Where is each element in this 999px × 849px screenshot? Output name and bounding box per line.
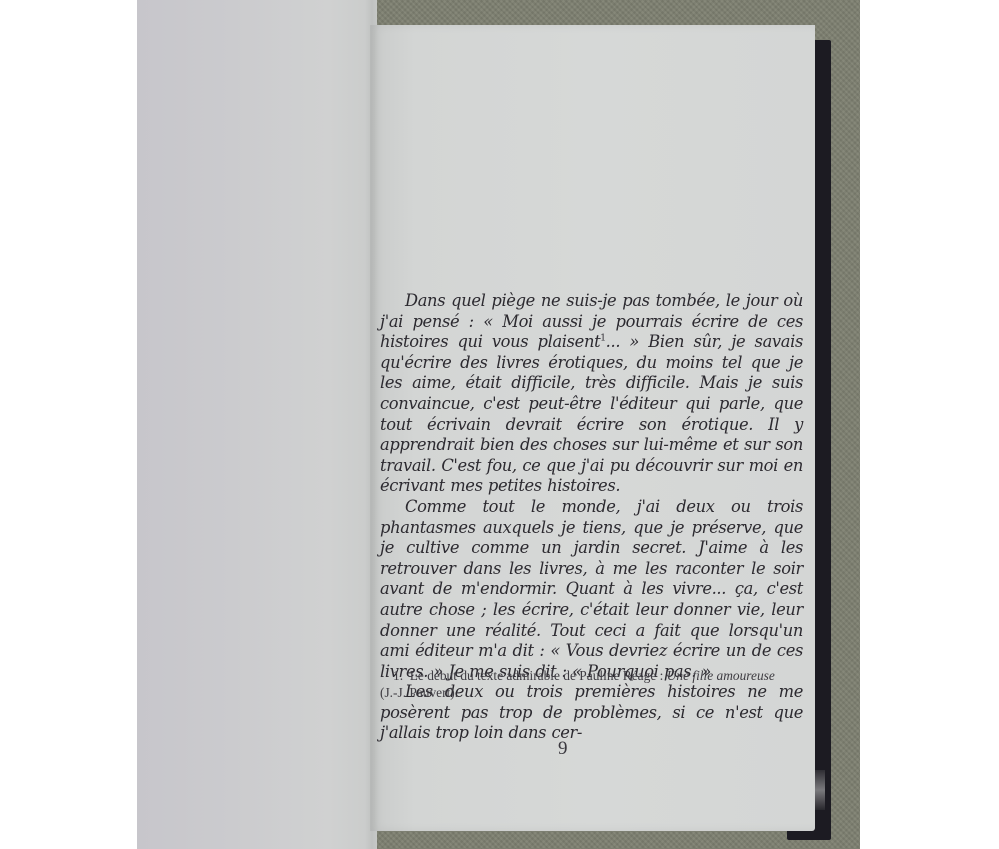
left-page-blank [137, 0, 377, 849]
footnote-text: Le début du texte admirable de Pauline R… [410, 668, 664, 683]
paragraph-1-continued: ... » Bien sûr, je savais qu'écrire des … [380, 332, 803, 495]
paragraph-2: Comme tout le monde, j'ai deux ou trois … [380, 497, 803, 682]
footnote-number: 1. [393, 668, 403, 683]
page-number: 9 [558, 738, 568, 760]
footnote-line: 1. Le début du texte admirable de Paulin… [380, 667, 810, 684]
footnote-publisher: (J.-J. Pauvert). [380, 684, 810, 701]
footnote: 1. Le début du texte admirable de Paulin… [380, 667, 810, 701]
gutter-shadow [365, 0, 379, 849]
paragraph-1: Dans quel piège ne suis-je pas tombée, l… [380, 291, 803, 497]
footnote-book-title: Une fille amoureuse [667, 668, 775, 683]
book-photo: Dans quel piège ne suis-je pas tombée, l… [137, 0, 860, 849]
